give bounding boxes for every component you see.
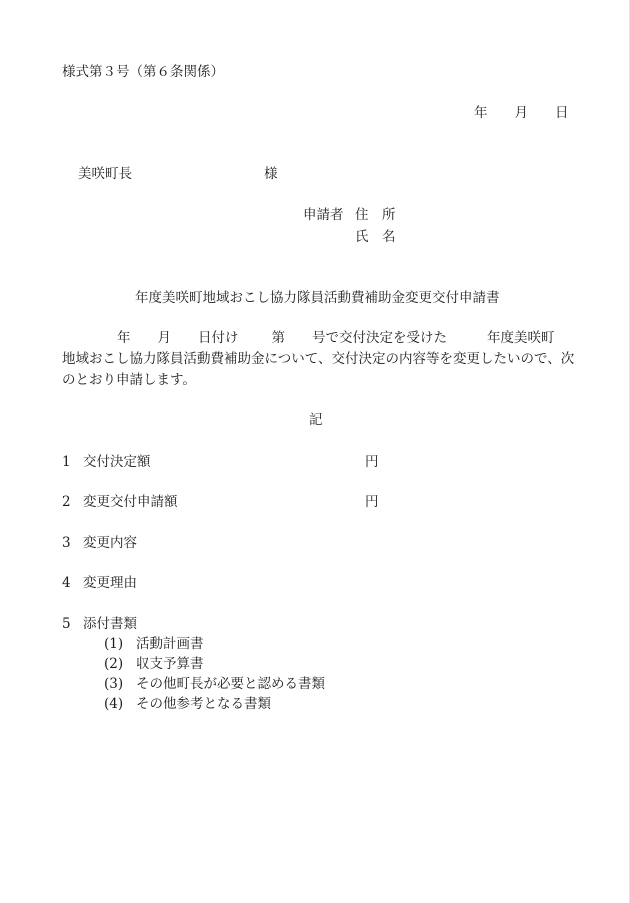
- date-line: 年月日: [474, 107, 569, 121]
- applicant-label: 申請者: [303, 209, 344, 223]
- item-number: 2: [62, 496, 71, 510]
- attachment-label: その他町長が必要と認める書類: [136, 678, 325, 692]
- item-number: 1: [62, 456, 71, 470]
- form-number: 様式第３号（第６条関係）: [62, 66, 224, 80]
- addressee-name: 美咲町長: [78, 168, 132, 182]
- attachment-number: (1): [104, 638, 123, 652]
- body-number-prefix: 第: [272, 330, 286, 346]
- body-line-2: 地域おこし協力隊員活動費補助金について、交付決定の内容等を変更したいので、次: [62, 353, 574, 367]
- item-label: 交付決定額: [83, 456, 151, 470]
- attachment-number: (4): [104, 698, 123, 712]
- body-line-3: のとおり申請します。: [62, 374, 196, 388]
- body-fiscal-year: 年度美咲町: [487, 330, 555, 346]
- attachment-label: 活動計画書: [136, 638, 204, 652]
- item-number: 5: [62, 618, 71, 632]
- address-label: 住 所: [355, 209, 396, 223]
- item-label: 変更交付申請額: [83, 496, 178, 510]
- item-number: 4: [62, 577, 71, 591]
- body-line-1: 年月日付け第号で交付決定を受けた年度美咲町: [62, 332, 555, 346]
- attachment-number: (2): [104, 658, 123, 672]
- attachment-number: (3): [104, 678, 123, 692]
- body-month: 月: [158, 330, 172, 346]
- body-day-suffix: 日付け: [198, 330, 239, 346]
- item-label: 変更内容: [83, 537, 137, 551]
- document-page: 様式第３号（第６条関係） 年月日 美咲町長 様 申請者 住 所 氏 名 年度美咲…: [0, 0, 630, 903]
- body-number-suffix: 号で交付決定を受けた: [312, 330, 447, 346]
- attachment-label: その他参考となる書類: [136, 698, 271, 712]
- item-unit: 円: [365, 456, 379, 470]
- name-label: 氏 名: [355, 231, 396, 245]
- date-day-label: 日: [555, 107, 569, 121]
- ki-heading: 記: [309, 414, 323, 428]
- item-label: 変更理由: [83, 577, 137, 591]
- item-unit: 円: [365, 496, 379, 510]
- item-label: 添付書類: [83, 618, 137, 632]
- attachment-label: 収支予算書: [136, 658, 204, 672]
- document-title: 年度美咲町地域おこし協力隊員活動費補助金変更交付申請書: [135, 292, 500, 306]
- date-year-label: 年: [474, 107, 488, 121]
- addressee-honorific: 様: [264, 168, 278, 182]
- body-year: 年: [117, 330, 131, 346]
- item-number: 3: [62, 537, 71, 551]
- date-month-label: 月: [515, 107, 529, 121]
